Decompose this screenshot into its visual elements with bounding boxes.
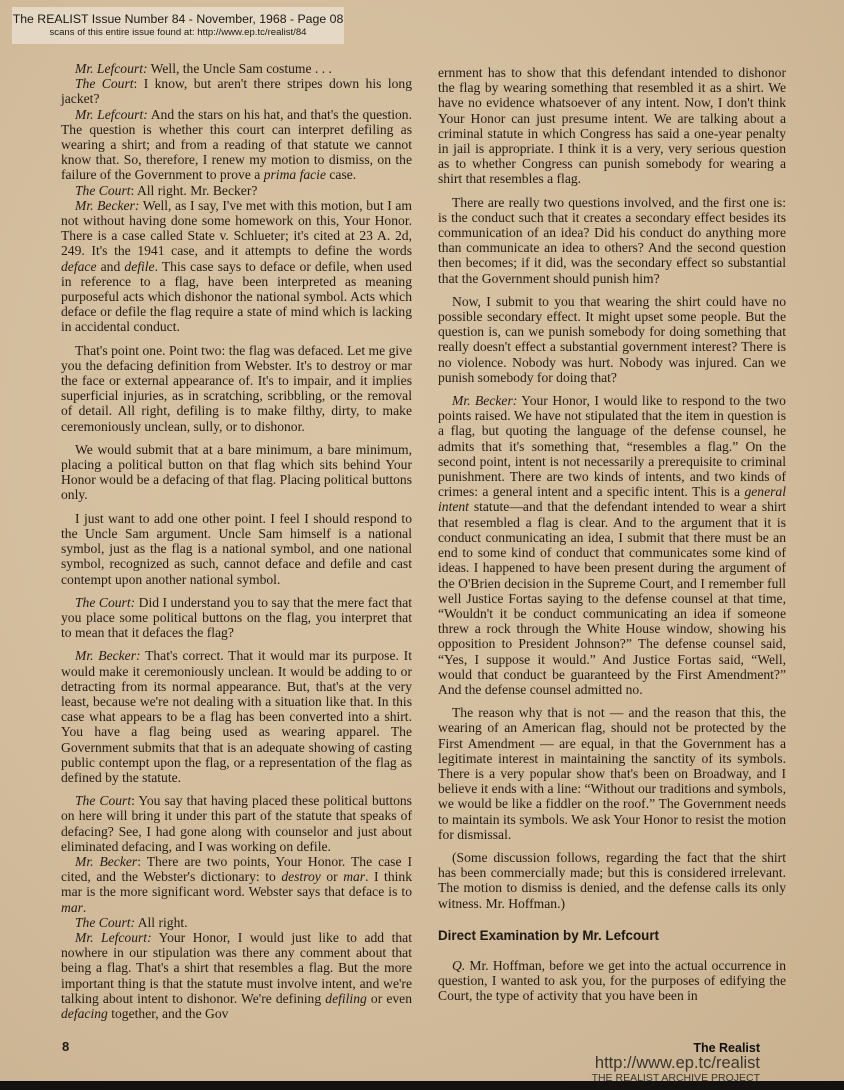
speaker: Mr. Lefcourt:	[75, 61, 148, 76]
paragraph: Mr. Lefcourt: And the stars on his hat, …	[61, 107, 412, 183]
speaker: The Court	[75, 793, 131, 808]
paragraph: (Some discussion follows, regarding the …	[438, 850, 786, 911]
speaker: The Court:	[75, 915, 135, 930]
section-heading: Direct Examination by Mr. Lefcourt	[438, 928, 786, 943]
paragraph: The reason why that is not — and the rea…	[438, 705, 786, 842]
paragraph: Mr. Lefcourt: Well, the Uncle Sam costum…	[61, 61, 412, 76]
paragraph: Mr. Lefcourt: Your Honor, I would just l…	[61, 930, 412, 1021]
speaker: The Court	[75, 76, 134, 91]
paragraph: That's point one. Point two: the flag wa…	[61, 343, 412, 434]
paragraph: Mr. Becker: That's correct. That it woul…	[61, 648, 412, 785]
speaker: Mr. Becker:	[75, 198, 139, 213]
left-column: Mr. Lefcourt: Well, the Uncle Sam costum…	[61, 61, 412, 1021]
paragraph: There are really two questions involved,…	[438, 195, 786, 286]
paragraph: We would submit that at a bare minimum, …	[61, 442, 412, 503]
paragraph: The Court: All right.	[61, 915, 412, 930]
paragraph: Now, I submit to you that wearing the sh…	[438, 294, 786, 385]
issue-banner: The REALIST Issue Number 84 - November, …	[12, 7, 344, 44]
speaker: Mr. Lefcourt:	[75, 930, 152, 945]
speaker: The Court:	[75, 595, 135, 610]
paragraph: Mr. Becker: There are two points, Your H…	[61, 854, 412, 915]
right-column: ernment has to show that this defendant …	[438, 65, 786, 1004]
banner-title: The REALIST Issue Number 84 - November, …	[12, 11, 344, 27]
speaker: Mr. Becker:	[452, 393, 517, 408]
paragraph: The Court: I know, but aren't there stri…	[61, 76, 412, 106]
paragraph: Mr. Becker: Your Honor, I would like to …	[438, 393, 786, 697]
speaker: The Court	[75, 183, 131, 198]
footer-project: THE REALIST ARCHIVE PROJECT	[592, 1072, 760, 1081]
speaker: Mr. Lefcourt:	[75, 107, 148, 122]
speaker: Mr. Becker:	[75, 648, 141, 663]
page-number: 8	[62, 1039, 69, 1054]
speaker: Q.	[452, 958, 465, 973]
banner-subtitle: scans of this entire issue found at: htt…	[12, 27, 344, 39]
paragraph: The Court: All right. Mr. Becker?	[61, 183, 412, 198]
scan-border	[0, 1081, 844, 1090]
speaker: Mr. Becker	[75, 854, 137, 869]
paragraph: Q. Mr. Hoffman, before we get into the a…	[438, 958, 786, 1004]
paragraph: I just want to add one other point. I fe…	[61, 511, 412, 587]
paragraph: The Court: Did I understand you to say t…	[61, 595, 412, 641]
footer-url[interactable]: http://www.ep.tc/realist	[592, 1055, 760, 1072]
paragraph: Mr. Becker: Well, as I say, I've met wit…	[61, 198, 412, 335]
archive-footer: The Realist http://www.ep.tc/realist THE…	[592, 1042, 760, 1081]
paragraph: ernment has to show that this defendant …	[438, 65, 786, 187]
magazine-page: The REALIST Issue Number 84 - November, …	[0, 0, 844, 1081]
paragraph: The Court: You say that having placed th…	[61, 793, 412, 854]
